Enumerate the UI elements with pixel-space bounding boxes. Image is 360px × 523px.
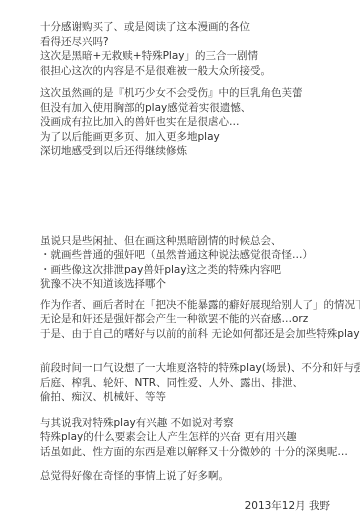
paragraph-author-feelings: 作为作者、画后者时在「把决不能暴露的癖好展现给别人了」的情况下 无论是和奸还是强… xyxy=(40,298,352,342)
text-line: ・就画些普通的强奸吧（虽然普通这种说法感觉很奇怪…） xyxy=(40,248,352,263)
signature-row: 2013年12月 我野 xyxy=(40,494,352,514)
text-line: 但没有加入使用胸部的play感觉着实很遗憾、 xyxy=(40,101,352,116)
signature: 2013年12月 我野 xyxy=(245,499,330,514)
text-line: 于是、由于自己的嗜好与以前的前科 无论如何都还是会加些特殊play进来 xyxy=(40,327,352,342)
text-line: ・画些像这次排泄pay兽奸play这之类的特殊内容吧 xyxy=(40,263,352,278)
afterword-text-column: 十分感谢购买了、或是阅读了这本漫画的各位 看得还尽兴吗? 这次是黑暗+无救赎+特… xyxy=(40,0,352,513)
text-line: 看得还尽兴吗? xyxy=(40,35,352,50)
text-line: 十分感谢购买了、或是阅读了这本漫画的各位 xyxy=(40,20,352,35)
text-line: 没画成有拉比加入的兽奸也实在是很虐心… xyxy=(40,115,352,130)
text-line: 后庭、榨乳、轮奸、NTR、同性爱、人外、露出、排泄、 xyxy=(40,376,352,391)
text-line: 这次虽然画的是『机巧少女不会受伤』中的巨乳角色芙蕾 xyxy=(40,86,352,101)
text-line: 话虽如此、性方面的东西是难以解释又十分微妙的 十分的深奥呢… xyxy=(40,445,352,460)
afterword-page: 十分感谢购买了、或是阅读了这本漫画的各位 看得还尽兴吗? 这次是黑暗+无救赎+特… xyxy=(0,0,360,523)
text-line: 深切地感受到以后还得继续修炼 xyxy=(40,144,352,159)
text-line: 特殊play的什么要素会让人产生怎样的兴奋 更有用兴趣 xyxy=(40,430,352,445)
text-line: 偷拍、痴汉、机械奸、等等 xyxy=(40,390,352,405)
paragraph-dilemma: 虽说只是些闲扯、但在画这种黑暗剧情的时候总会、 ・就画些普通的强奸吧（虽然普通这… xyxy=(40,234,352,292)
text-line: 作为作者、画后者时在「把决不能暴露的癖好展现给别人了」的情况下 xyxy=(40,298,352,313)
paragraph-closing: 总觉得好像在奇怪的事情上说了好多啊。 xyxy=(40,469,352,484)
text-line: 与其说我对特殊play有兴趣 不如说对考察 xyxy=(40,416,352,431)
paragraph-thanks: 十分感谢购买了、或是阅读了这本漫画的各位 看得还尽兴吗? 这次是黑暗+无救赎+特… xyxy=(40,20,352,78)
paragraph-character: 这次虽然画的是『机巧少女不会受伤』中的巨乳角色芙蕾 但没有加入使用胸部的play… xyxy=(40,86,352,159)
text-line: 无论是和奸还是强奸都会产生一种欲罢不能的兴奋感…orz xyxy=(40,312,352,327)
text-line: 犹豫不决不知道该选择哪个 xyxy=(40,277,352,292)
text-line: 为了以后能画更多页、加入更多地play xyxy=(40,130,352,145)
text-line: 虽说只是些闲扯、但在画这种黑暗剧情的时候总会、 xyxy=(40,234,352,249)
paragraph-scenario-list: 前段时间一口气设想了一大堆夏洛特的特殊play(场景)、不分和奸与强奸 后庭、榨… xyxy=(40,361,352,405)
text-line: 很担心这次的内容是不是很难被一般大众所接受。 xyxy=(40,64,352,79)
text-line: 这次是黑暗+无救赎+特殊Play」的三合一剧情 xyxy=(40,49,352,64)
text-line: 前段时间一口气设想了一大堆夏洛特的特殊play(场景)、不分和奸与强奸 xyxy=(40,361,352,376)
text-line: 总觉得好像在奇怪的事情上说了好多啊。 xyxy=(40,469,352,484)
paragraph-interest: 与其说我对特殊play有兴趣 不如说对考察 特殊play的什么要素会让人产生怎样… xyxy=(40,416,352,460)
